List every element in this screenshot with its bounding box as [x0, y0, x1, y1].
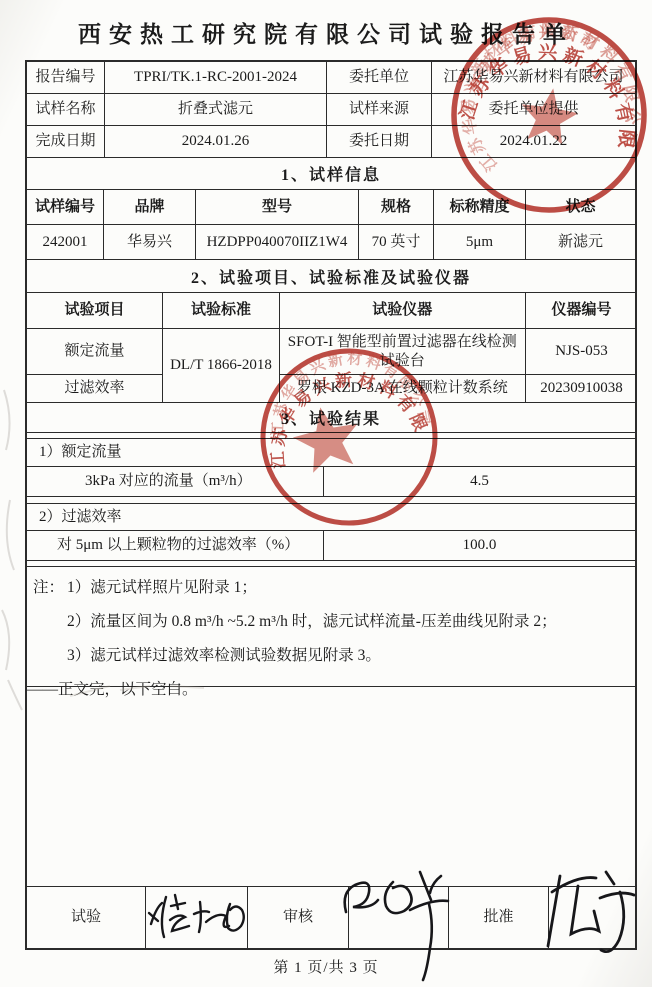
result2-label: 对 5μm 以上颗粒物的过滤效率（%）: [27, 531, 324, 560]
test-report-page: 西安热工研究院有限公司试验报告单 报告编号 TPRI/TK.1-RC-2001-…: [0, 0, 652, 987]
test-item-1: 额定流量: [27, 329, 163, 375]
table-row: 完成日期 2024.01.26 委托日期 2024.01.22: [27, 126, 635, 158]
approve-signature-cell: [549, 887, 635, 948]
report-no-value: TPRI/TK.1-RC-2001-2024: [105, 62, 327, 93]
instrument-1: SFOT-I 智能型前置过滤器在线检测试验台: [280, 329, 526, 375]
note-item: 3）滤元试样过滤效率检测试验数据见附录 3。: [67, 645, 381, 666]
entrust-date-label: 委托日期: [327, 126, 432, 157]
section2-title: 2、试验项目、试验标准及试验仪器: [27, 260, 635, 293]
section3-title: 3、试验结果: [27, 403, 635, 433]
col-sample-id: 试样编号: [27, 190, 104, 224]
page-title: 西安热工研究院有限公司试验报告单: [0, 16, 652, 49]
entrust-date-value: 2024.01.22: [432, 126, 635, 157]
report-table: 报告编号 TPRI/TK.1-RC-2001-2024 委托单位 江苏华易兴新材…: [25, 60, 637, 950]
note-line-1: 注： 1）滤元试样照片见附录 1；: [33, 577, 625, 598]
sample-id-value: 242001: [27, 225, 104, 259]
finish-date-value: 2024.01.26: [105, 126, 327, 157]
client-value: 江苏华易兴新材料有限公司: [432, 62, 635, 93]
result1-heading-row: 1）额定流量: [27, 439, 635, 467]
precision-value: 5μm: [434, 225, 526, 259]
test-label: 试验: [27, 887, 146, 948]
instrument-2: 罗根 KZD-3A 在线颗粒计数系统: [280, 375, 526, 402]
instrument-no-2: 20230910038: [526, 375, 638, 402]
scan-artifact: [0, 380, 26, 720]
report-no-label: 报告编号: [27, 62, 105, 93]
col-brand: 品牌: [104, 190, 196, 224]
table-row: 试样名称 折叠式滤元 试样来源 委托单位提供: [27, 94, 635, 126]
note-item: 2）流量区间为 0.8 m³/h ~5.2 m³/h 时，滤元试样流量-压差曲线…: [67, 611, 557, 632]
result1-heading: 1）额定流量: [27, 439, 635, 466]
result1-value: 4.5: [324, 467, 635, 496]
result2-heading-row: 2）过滤效率: [27, 504, 635, 531]
test-items-table: 试验项目 试验标准 试验仪器 仪器编号 额定流量 DL/T 1866-2018 …: [27, 293, 635, 403]
col-test-item: 试验项目: [27, 293, 163, 329]
sample-source-label: 试样来源: [327, 94, 432, 125]
sample-source-value: 委托单位提供: [432, 94, 635, 125]
sample-info-header-row: 试样编号 品牌 型号 规格 标称精度 状态: [27, 190, 635, 225]
review-signature-cell: [349, 887, 449, 948]
result2-heading: 2）过滤效率: [27, 504, 635, 530]
page-footer: 第 1 页/共 3 页: [0, 956, 652, 977]
model-value: HZDPP040070IIZ1W4: [196, 225, 359, 259]
section1-title: 1、试样信息: [27, 158, 635, 190]
review-label: 审核: [248, 887, 349, 948]
instrument-no-1: NJS-053: [526, 329, 638, 375]
state-value: 新滤元: [526, 225, 635, 259]
result2-value-row: 对 5μm 以上颗粒物的过滤效率（%） 100.0: [27, 531, 635, 561]
result1-label: 3kPa 对应的流量（m³/h）: [27, 467, 324, 496]
note-item: 1）滤元试样照片见附录 1；: [67, 577, 257, 598]
col-test-standard: 试验标准: [163, 293, 280, 329]
blank-area: [27, 687, 635, 887]
result1-value-row: 3kPa 对应的流量（m³/h） 4.5: [27, 467, 635, 497]
test-item-2: 过滤效率: [27, 375, 163, 402]
divider: [27, 497, 635, 504]
brand-value: 华易兴: [104, 225, 196, 259]
sample-info-data-row: 242001 华易兴 HZDPP040070IIZ1W4 70 英寸 5μm 新…: [27, 225, 635, 260]
test-signature-cell: [146, 887, 248, 948]
finish-date-label: 完成日期: [27, 126, 105, 157]
col-test-instrument: 试验仪器: [280, 293, 526, 329]
spec-value: 70 英寸: [359, 225, 434, 259]
sample-name-value: 折叠式滤元: [105, 94, 327, 125]
approve-label: 批准: [449, 887, 549, 948]
note-line-3: 3）滤元试样过滤效率检测试验数据见附录 3。: [33, 645, 625, 666]
client-label: 委托单位: [327, 62, 432, 93]
note-prefix: 注：: [33, 577, 67, 598]
col-precision: 标称精度: [434, 190, 526, 224]
test-standard-value: DL/T 1866-2018: [163, 329, 280, 402]
signature-row: 试验 审核 批准: [27, 887, 635, 948]
sample-name-label: 试样名称: [27, 94, 105, 125]
col-instrument-no: 仪器编号: [526, 293, 638, 329]
col-state: 状态: [526, 190, 635, 224]
col-spec: 规格: [359, 190, 434, 224]
result2-value: 100.0: [324, 531, 635, 560]
notes-block: 注： 1）滤元试样照片见附录 1； 2）流量区间为 0.8 m³/h ~5.2 …: [27, 567, 635, 687]
table-row: 报告编号 TPRI/TK.1-RC-2001-2024 委托单位 江苏华易兴新材…: [27, 62, 635, 94]
note-line-2: 2）流量区间为 0.8 m³/h ~5.2 m³/h 时，滤元试样流量-压差曲线…: [33, 611, 625, 632]
col-model: 型号: [196, 190, 359, 224]
